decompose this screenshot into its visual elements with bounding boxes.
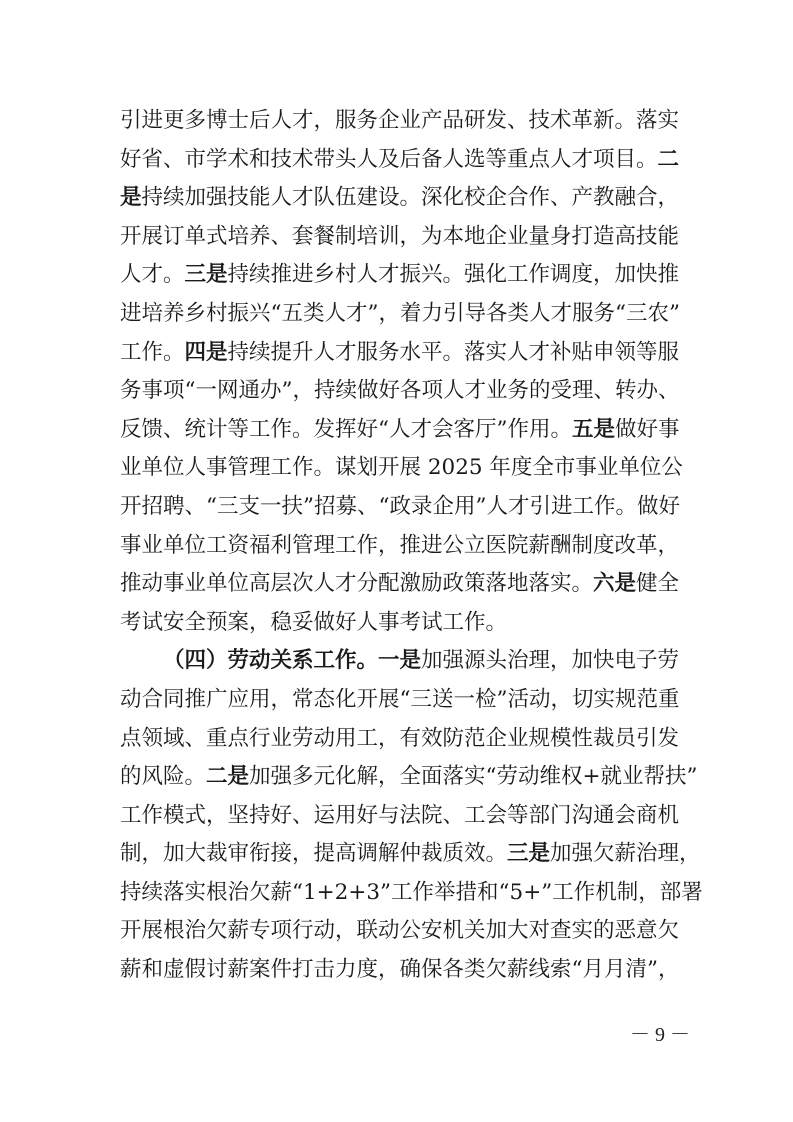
text-run: 业单位人事管理工作。谋划开展 2025 年度全市事业单位公 bbox=[120, 455, 683, 480]
text-run: 人才。 bbox=[120, 262, 185, 287]
text-run: 的风险。 bbox=[120, 764, 206, 789]
text-run: 健全 bbox=[636, 571, 679, 596]
text-run: 持续提升人才服务水平。落实人才补贴申领等服 bbox=[228, 340, 680, 365]
text-line: 开展订单式培养、套餐制培训，为本地企业量身打造高技能 bbox=[120, 218, 678, 257]
text-run: 制，加大裁审衔接，提高调解仲裁质效。 bbox=[120, 841, 507, 866]
text-line: 务事项“一网通办”，持续做好各项人才业务的受理、转办、 bbox=[120, 372, 678, 411]
text-line: 反馈、统计等工作。发挥好“人才会客厅”作用。五是做好事 bbox=[120, 411, 678, 450]
bold-text-run: 三是 bbox=[507, 841, 550, 866]
text-run: 做好事 bbox=[615, 417, 680, 442]
text-run: 进培养乡村振兴“五类人才”，着力引导各类人才服务“三农” bbox=[120, 301, 680, 326]
text-run: 推动事业单位高层次人才分配激励政策落地落实。 bbox=[120, 571, 593, 596]
text-run: 持续落实根治欠薪“1+2+3”工作举措和“5+”工作机制，部署 bbox=[120, 880, 703, 905]
text-run: 加强欠薪治理， bbox=[550, 841, 701, 866]
text-run: 开展根治欠薪专项行动，联动公安机关加大对查实的恶意欠 bbox=[120, 918, 679, 943]
bold-text-run: 六是 bbox=[593, 571, 636, 596]
text-run: 考试安全预案，稳妥做好人事考试工作。 bbox=[120, 610, 507, 635]
text-line: 进培养乡村振兴“五类人才”，着力引导各类人才服务“三农” bbox=[120, 295, 678, 334]
text-run: 工作。 bbox=[120, 340, 185, 365]
text-run: 工作模式，坚持好、运用好与法院、工会等部门沟通会商机 bbox=[120, 803, 679, 828]
bold-text-run: 是 bbox=[120, 185, 142, 210]
text-run: 反馈、统计等工作。发挥好“人才会客厅”作用。 bbox=[120, 417, 572, 442]
bold-text-run: （四）劳动关系工作。一是 bbox=[163, 648, 421, 673]
text-line: 工作。四是持续提升人才服务水平。落实人才补贴申领等服 bbox=[120, 334, 678, 373]
page-number: － 9 － bbox=[620, 1018, 700, 1047]
text-line: 持续落实根治欠薪“1+2+3”工作举措和“5+”工作机制，部署 bbox=[120, 874, 678, 913]
text-run: 点领域、重点行业劳动用工，有效防范企业规模性裁员引发 bbox=[120, 726, 679, 751]
text-line: 薪和虚假讨薪案件打击力度，确保各类欠薪线索“月月清”， bbox=[120, 951, 678, 990]
text-line: 好省、市学术和技术带头人及后备人选等重点人才项目。二 bbox=[120, 141, 678, 180]
text-line: 推动事业单位高层次人才分配激励政策落地落实。六是健全 bbox=[120, 565, 678, 604]
text-line: 制，加大裁审衔接，提高调解仲裁质效。三是加强欠薪治理， bbox=[120, 835, 678, 874]
text-line: 业单位人事管理工作。谋划开展 2025 年度全市事业单位公 bbox=[120, 449, 678, 488]
text-line: 点领域、重点行业劳动用工，有效防范企业规模性裁员引发 bbox=[120, 720, 678, 759]
text-run: 持续加强技能人才队伍建设。深化校企合作、产教融合， bbox=[142, 185, 680, 210]
text-run: 开展订单式培养、套餐制培训，为本地企业量身打造高技能 bbox=[120, 224, 679, 249]
body-text: 引进更多博士后人才，服务企业产品研发、技术革新。落实好省、市学术和技术带头人及后… bbox=[120, 102, 678, 990]
text-line: 开展根治欠薪专项行动，联动公安机关加大对查实的恶意欠 bbox=[120, 912, 678, 951]
text-run: 动合同推广应用，常态化开展“三送一检”活动，切实规范重 bbox=[120, 687, 680, 712]
bold-text-run: 五是 bbox=[572, 417, 615, 442]
text-run: 务事项“一网通办”，持续做好各项人才业务的受理、转办、 bbox=[120, 378, 680, 403]
text-line: 是持续加强技能人才队伍建设。深化校企合作、产教融合， bbox=[120, 179, 678, 218]
text-line: 的风险。二是加强多元化解，全面落实“劳动维权+就业帮扶” bbox=[120, 758, 678, 797]
bold-text-run: 三是 bbox=[185, 262, 228, 287]
bold-text-run: 四是 bbox=[185, 340, 228, 365]
text-run: 持续推进乡村人才振兴。强化工作调度，加快推 bbox=[228, 262, 680, 287]
text-run: 加强源头治理，加快电子劳 bbox=[421, 648, 679, 673]
text-line: 工作模式，坚持好、运用好与法院、工会等部门沟通会商机 bbox=[120, 797, 678, 836]
text-run: 事业单位工资福利管理工作，推进公立医院薪酬制度改革， bbox=[120, 533, 679, 558]
text-line: 开招聘、“三支一扶”招募、“政录企用”人才引进工作。做好 bbox=[120, 488, 678, 527]
document-page: 引进更多博士后人才，服务企业产品研发、技术革新。落实好省、市学术和技术带头人及后… bbox=[0, 0, 793, 1122]
text-run: 引进更多博士后人才，服务企业产品研发、技术革新。落实 bbox=[120, 108, 679, 133]
text-line: 引进更多博士后人才，服务企业产品研发、技术革新。落实 bbox=[120, 102, 678, 141]
text-line: 考试安全预案，稳妥做好人事考试工作。 bbox=[120, 604, 678, 643]
text-run: 加强多元化解，全面落实“劳动维权+就业帮扶” bbox=[249, 764, 698, 789]
text-line: 人才。三是持续推进乡村人才振兴。强化工作调度，加快推 bbox=[120, 256, 678, 295]
text-run: 薪和虚假讨薪案件打击力度，确保各类欠薪线索“月月清”， bbox=[120, 957, 680, 982]
text-run: 好省、市学术和技术带头人及后备人选等重点人才项目。 bbox=[120, 147, 658, 172]
text-line: （四）劳动关系工作。一是加强源头治理，加快电子劳 bbox=[120, 642, 678, 681]
text-run: 开招聘、“三支一扶”招募、“政录企用”人才引进工作。做好 bbox=[120, 494, 680, 519]
text-line: 动合同推广应用，常态化开展“三送一检”活动，切实规范重 bbox=[120, 681, 678, 720]
bold-text-run: 二是 bbox=[206, 764, 249, 789]
text-line: 事业单位工资福利管理工作，推进公立医院薪酬制度改革， bbox=[120, 527, 678, 566]
bold-text-run: 二 bbox=[658, 147, 680, 172]
